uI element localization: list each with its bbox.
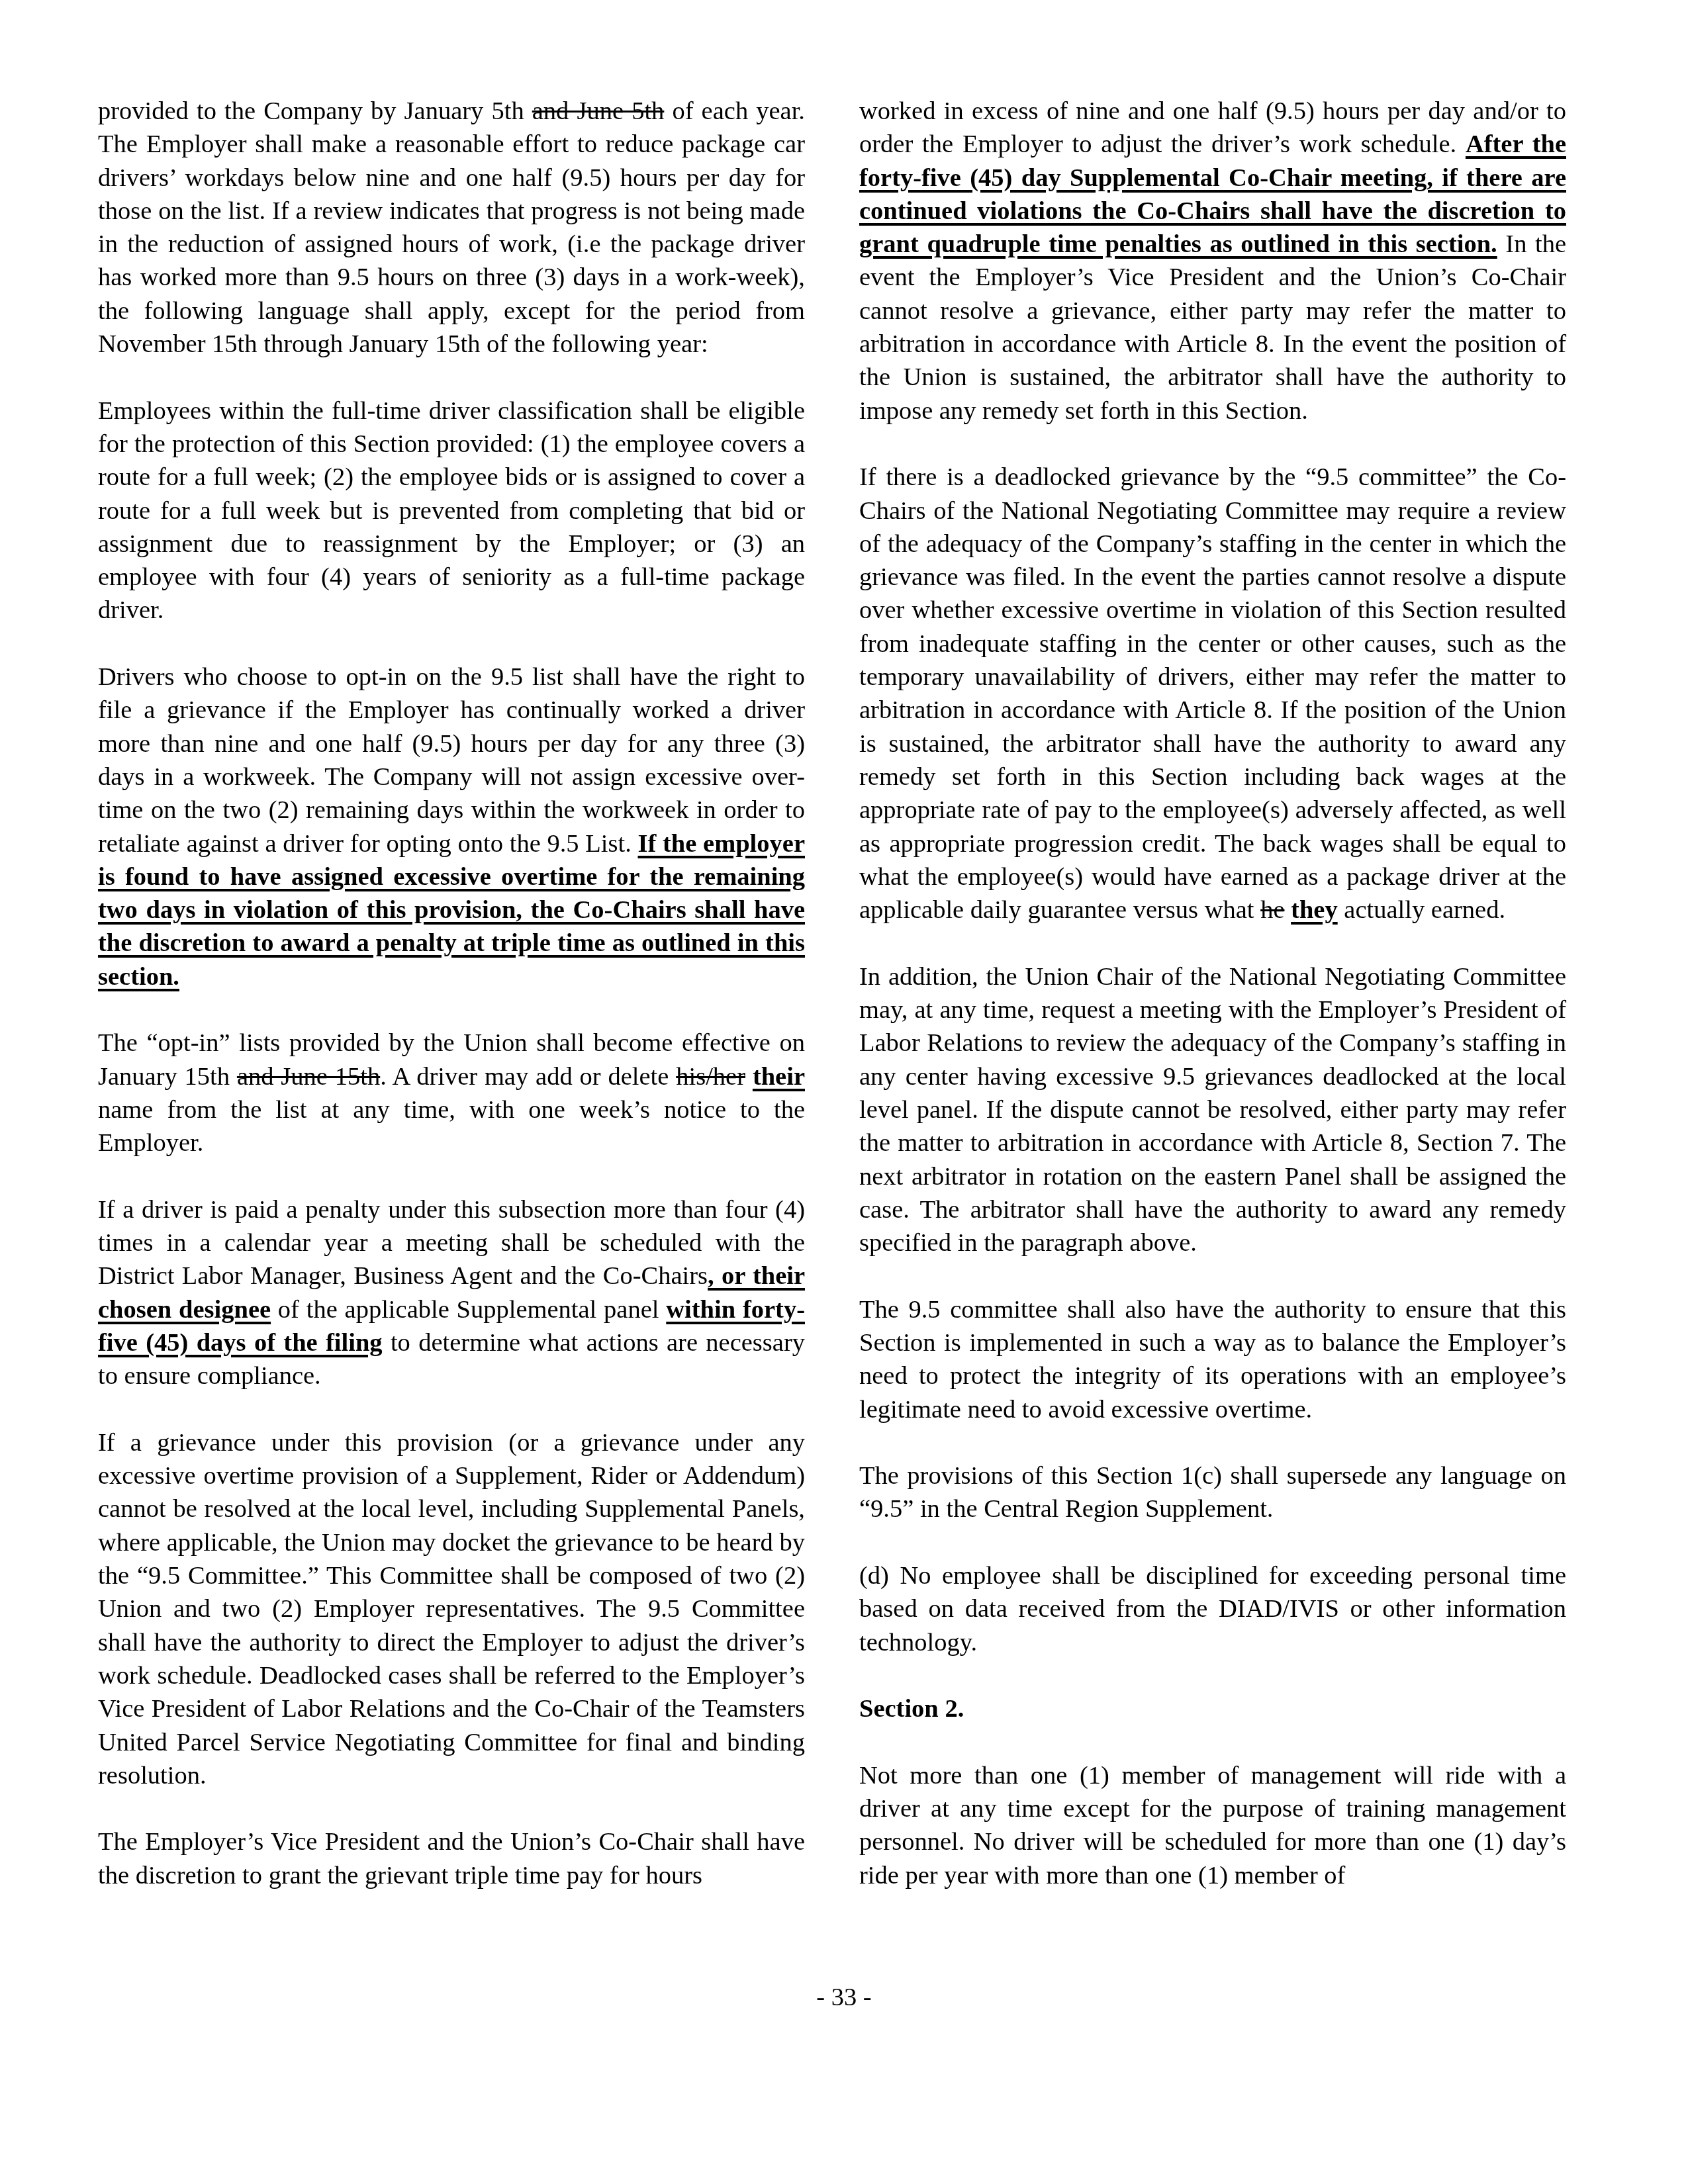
text: . A driver may add or delete [380, 1063, 676, 1091]
paragraph-eligibility: Employees within the full-time driver cl… [98, 394, 805, 627]
paragraph-9-5-committee: If a grievance under this provision (or … [98, 1426, 805, 1792]
deleted-text: his/her [676, 1063, 745, 1091]
text: of each year. The Employer shall make a … [98, 97, 805, 358]
inserted-text: they [1291, 896, 1338, 924]
paragraph-triple-time: The Employer’s Vice President and the Un… [98, 1825, 805, 1892]
document-page: provided to the Company by January 5th a… [0, 0, 1688, 2184]
text: name from the list at any time, with one… [98, 1096, 805, 1157]
deleted-text: he [1260, 896, 1284, 924]
text: worked in excess of nine and one half (9… [859, 97, 1566, 158]
right-column: worked in excess of nine and one half (9… [859, 95, 1566, 1892]
text: If a driver is paid a penalty under this… [98, 1196, 805, 1291]
paragraph-committee-authority: The 9.5 committee shall also have the au… [859, 1293, 1566, 1426]
text: In the event the Employer’s Vice Preside… [859, 230, 1566, 424]
paragraph-diad-ivis: (d) No employee shall be disciplined for… [859, 1559, 1566, 1659]
text: If there is a deadlocked grievance by th… [859, 463, 1566, 924]
page-number: - 33 - [0, 1981, 1688, 2014]
paragraph-opt-in-lists: The “opt-in” lists provided by the Union… [98, 1026, 805, 1160]
text: of the applicable Supplemental panel [271, 1296, 666, 1324]
deleted-text: and June 15th [237, 1063, 380, 1091]
paragraph-union-chair-review: In addition, the Union Chair of the Nati… [859, 960, 1566, 1260]
text [1284, 896, 1291, 924]
paragraph-deadlocked-grievance: If there is a deadlocked grievance by th… [859, 461, 1566, 927]
section-heading: Section 2. [859, 1692, 1566, 1725]
left-column: provided to the Company by January 5th a… [98, 95, 805, 1892]
text: Drivers who choose to opt-in on the 9.5 … [98, 663, 805, 857]
deleted-text: and June 5th [532, 97, 665, 125]
text: provided to the Company by January 5th [98, 97, 532, 125]
inserted-text: their [753, 1063, 805, 1091]
paragraph-management-ride: Not more than one (1) member of manageme… [859, 1759, 1566, 1892]
paragraph-opt-in-grievance: Drivers who choose to opt-in on the 9.5 … [98, 660, 805, 993]
paragraph-supersede: The provisions of this Section 1(c) shal… [859, 1459, 1566, 1526]
paragraph-quadruple-time: worked in excess of nine and one half (9… [859, 95, 1566, 428]
paragraph-opt-in-deadline: provided to the Company by January 5th a… [98, 95, 805, 361]
text [745, 1063, 753, 1091]
paragraph-penalty-meeting: If a driver is paid a penalty under this… [98, 1193, 805, 1393]
text: actually earned. [1338, 896, 1505, 924]
